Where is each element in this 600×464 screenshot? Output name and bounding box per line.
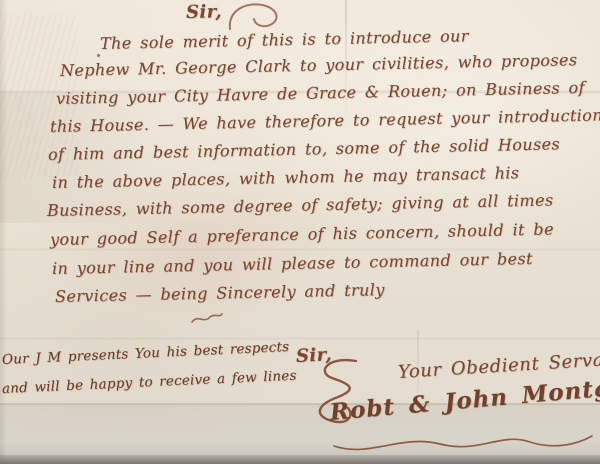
ink-speck: [97, 54, 100, 57]
letter-line: The sole merit of this is to introduce o…: [100, 26, 469, 53]
letter-line: in the above places, with whom he may tr…: [52, 163, 520, 192]
letter-line: Services — being Sincerely and truly: [55, 280, 385, 306]
letter-line: Business, with some degree of safety; gi…: [47, 190, 554, 220]
letter-photograph: Sir, The sole merit of this is to introd…: [0, 0, 600, 464]
postscript-line: Our J M presents You his best respects: [2, 339, 290, 368]
horizontal-fold-line: [0, 337, 600, 340]
letter-line: of him and best information to, some of …: [48, 134, 560, 164]
letter-line: this House. — We have therefore to reque…: [50, 105, 600, 136]
letter-line: visiting your City Havre de Grace & Roue…: [56, 78, 585, 108]
letter-line: Nephew Mr. George Clark to your civiliti…: [60, 50, 578, 80]
ink-flourish-icon: [226, 0, 284, 32]
letter-line: your good Self a preferance of his conce…: [50, 219, 554, 249]
ink-flourish-icon: [190, 310, 224, 326]
signature-flourish-icon: [330, 430, 596, 458]
postscript-line: and will be happy to receive a few lines: [2, 368, 297, 397]
salutation: Sir,: [186, 1, 222, 23]
letter-line: in your line and you will please to comm…: [52, 249, 533, 278]
